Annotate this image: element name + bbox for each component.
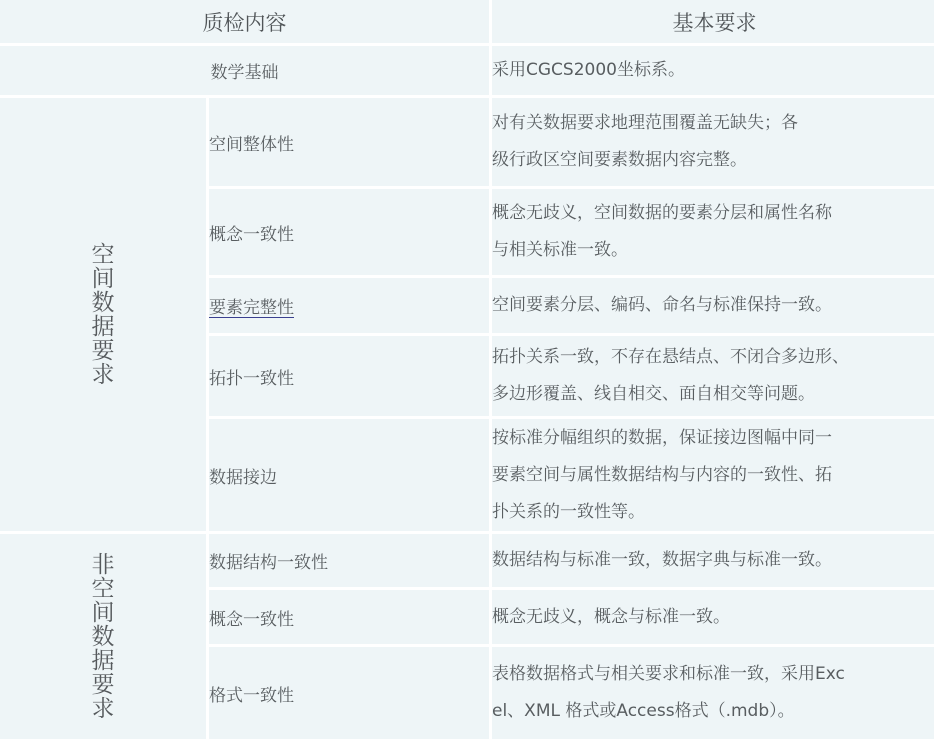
header-content: 质检内容 xyxy=(0,0,489,43)
group-cell-spatial: 空间数据要求 xyxy=(0,98,206,531)
item-cell: 空间整体性 xyxy=(209,98,489,186)
requirement-line: 多边形覆盖、线自相交、面自相交等问题。 xyxy=(492,376,934,413)
item-cell: 数据接边 xyxy=(209,419,489,531)
requirement-cell: 概念无歧义，空间数据的要素分层和属性名称 与相关标准一致。 xyxy=(492,189,934,275)
requirement-cell: 概念无歧义，概念与标准一致。 xyxy=(492,590,934,644)
item-cell: 拓扑一致性 xyxy=(209,336,489,416)
requirement-line: 数据结构与标准一致，数据字典与标准一致。 xyxy=(492,542,934,579)
item-label-underlined: 要素完整性 xyxy=(209,298,294,318)
quality-check-table: 质检内容 基本要求 数学基础 采用CGCS2000坐标系。 空间数据要求 空间整… xyxy=(0,0,934,742)
requirement-cell: 按标准分幅组织的数据，保证接边图幅中同一 要素空间与属性数据结构与内容的一致性、… xyxy=(492,419,934,531)
group-label: 空间数据要求 xyxy=(91,243,115,387)
group-label: 非空间数据要求 xyxy=(91,553,115,721)
header-requirement: 基本要求 xyxy=(492,0,934,43)
table-row: 非空间数据要求 数据结构一致性 数据结构与标准一致，数据字典与标准一致。 xyxy=(0,534,934,587)
table-row-math-basis: 数学基础 采用CGCS2000坐标系。 xyxy=(0,46,934,95)
requirement-line: 概念无歧义，空间数据的要素分层和属性名称 xyxy=(492,195,934,232)
requirement-line: 按标准分幅组织的数据，保证接边图幅中同一 xyxy=(492,420,934,457)
requirement-line: 表格数据格式与相关要求和标准一致，采用Exc xyxy=(492,656,934,693)
requirement-cell: 数据结构与标准一致，数据字典与标准一致。 xyxy=(492,534,934,587)
group-cell-non-spatial: 非空间数据要求 xyxy=(0,534,206,739)
requirement-line: 级行政区空间要素数据内容完整。 xyxy=(492,142,934,179)
requirement-cell: 空间要素分层、编码、命名与标准保持一致。 xyxy=(492,278,934,333)
requirement-line: 与相关标准一致。 xyxy=(492,232,934,269)
requirement-line: 空间要素分层、编码、命名与标准保持一致。 xyxy=(492,287,934,324)
requirement-line: 对有关数据要求地理范围覆盖无缺失；各 xyxy=(492,105,934,142)
item-cell: 数据结构一致性 xyxy=(209,534,489,587)
item-cell: 数学基础 xyxy=(0,46,489,95)
requirement-line: el、XML 格式或Access格式（.mdb）。 xyxy=(492,693,934,730)
requirement-line: 要素空间与属性数据结构与内容的一致性、拓 xyxy=(492,457,934,494)
header-row: 质检内容 基本要求 xyxy=(0,0,934,43)
item-cell: 格式一致性 xyxy=(209,647,489,739)
requirement-line: 拓扑关系一致，不存在悬结点、不闭合多边形、 xyxy=(492,339,934,376)
table-row: 空间数据要求 空间整体性 对有关数据要求地理范围覆盖无缺失；各 级行政区空间要素… xyxy=(0,98,934,186)
requirement-line: 扑关系的一致性等。 xyxy=(492,494,934,531)
requirement-cell: 拓扑关系一致，不存在悬结点、不闭合多边形、 多边形覆盖、线自相交、面自相交等问题… xyxy=(492,336,934,416)
requirement-cell: 对有关数据要求地理范围覆盖无缺失；各 级行政区空间要素数据内容完整。 xyxy=(492,98,934,186)
requirement-line: 概念无歧义，概念与标准一致。 xyxy=(492,599,934,636)
requirement-cell: 表格数据格式与相关要求和标准一致，采用Exc el、XML 格式或Access格… xyxy=(492,647,934,739)
item-cell: 概念一致性 xyxy=(209,590,489,644)
item-cell: 要素完整性 xyxy=(209,278,489,333)
item-cell: 概念一致性 xyxy=(209,189,489,275)
requirement-cell: 采用CGCS2000坐标系。 xyxy=(492,46,934,95)
